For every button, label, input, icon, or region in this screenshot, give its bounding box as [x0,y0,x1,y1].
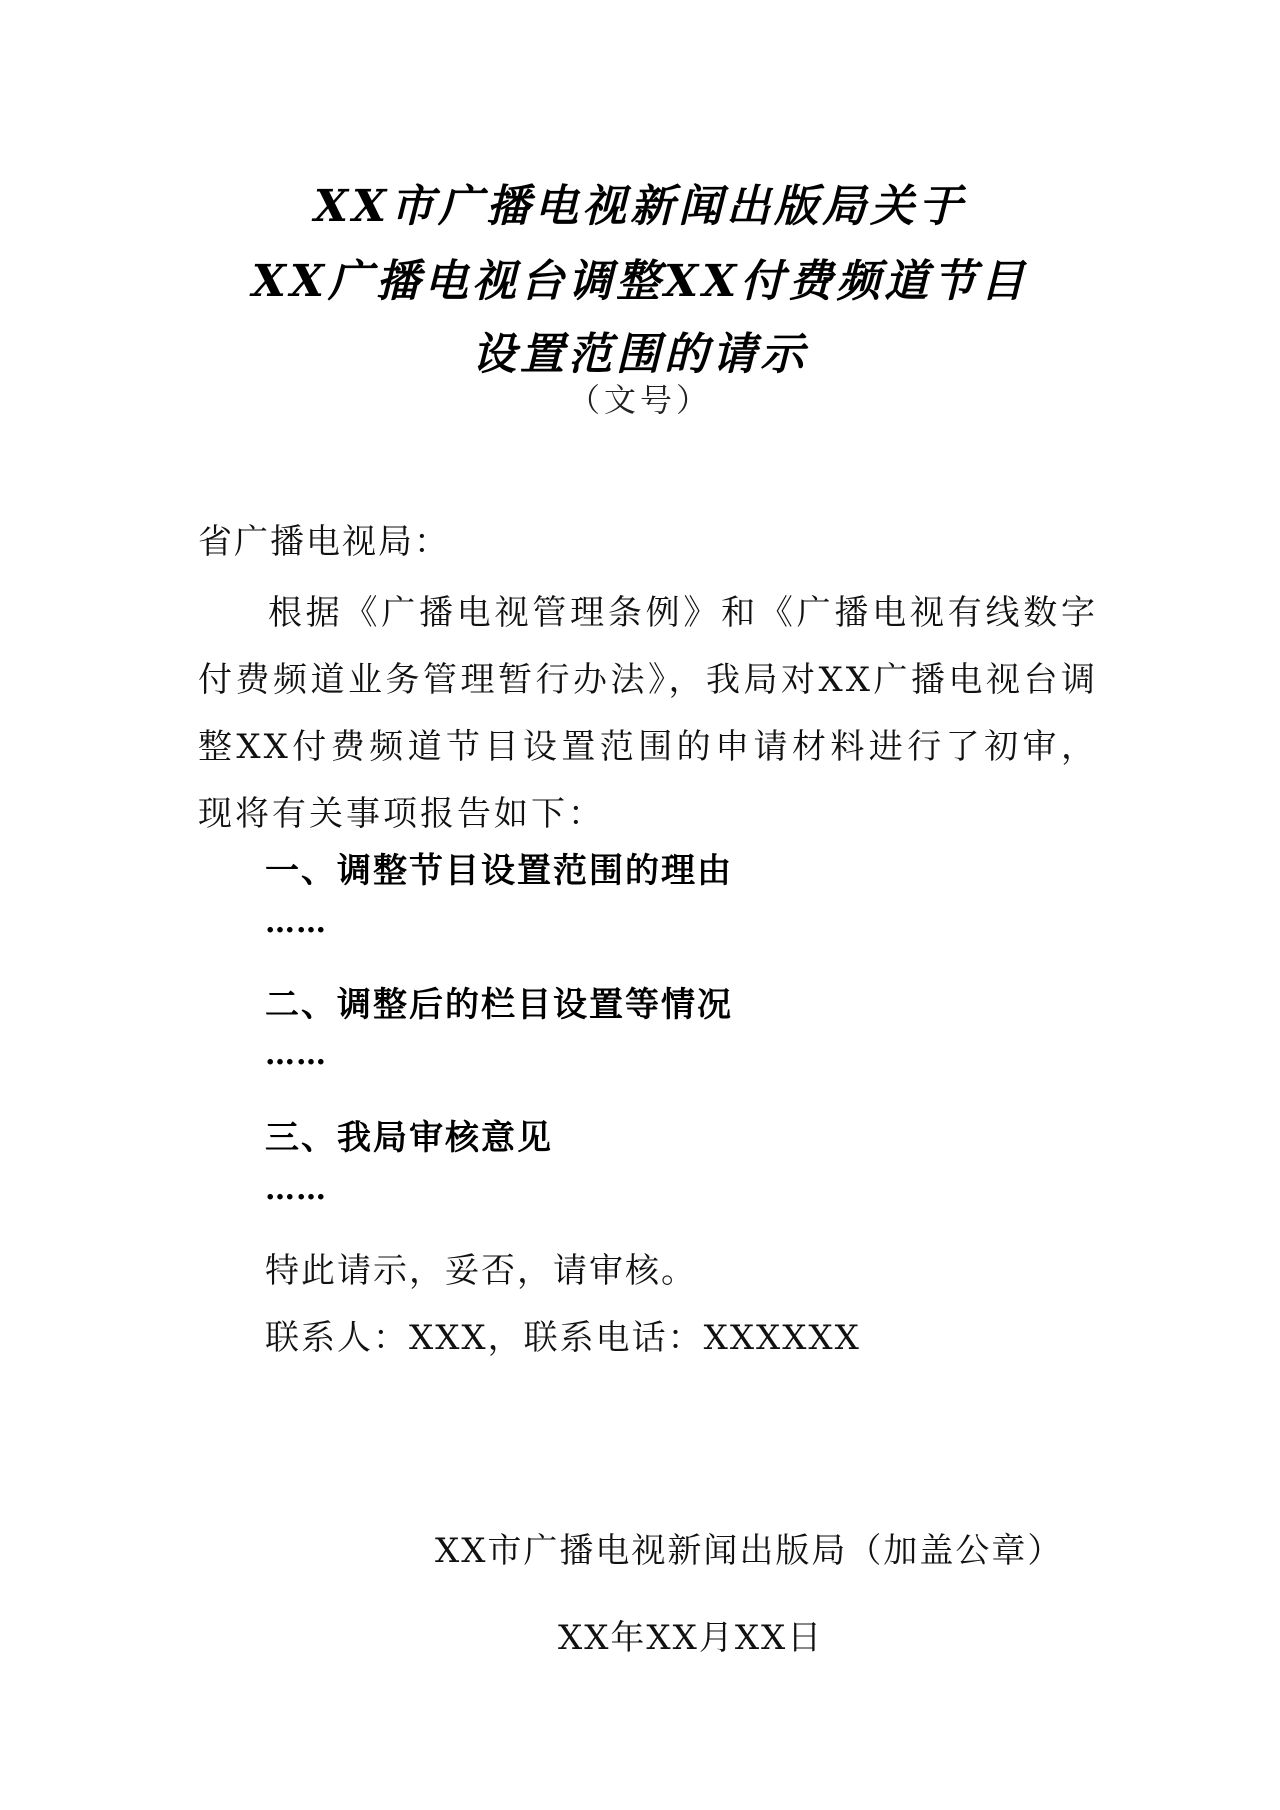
section-heading-3: 三、我局审核意见 [265,1110,553,1159]
addressee: 省广播电视局： [198,514,450,563]
section-content-2: …… [265,1037,327,1072]
intro-paragraph: 根据《广播电视管理条例》和《广播电视有线数字付费频道业务管理暂行办法》，我局对X… [198,580,1098,848]
section-heading-1: 一、调整节目设置范围的理由 [265,843,733,892]
title-line-2: XX广播电视台调整XX付费频道节目 [0,245,1280,309]
contact-line: 联系人：XXX，联系电话：XXXXXX [265,1310,861,1359]
section-content-3: …… [265,1172,327,1207]
closing-line: 特此请示，妥否，请审核。 [265,1243,697,1292]
date: XX年XX月XX日 [558,1610,823,1659]
title-line-3: 设置范围的请示 [0,318,1280,382]
section-heading-2: 二、调整后的栏目设置等情况 [265,977,733,1026]
signature: XX市广播电视新闻出版局（加盖公章） [435,1523,1063,1572]
title-line-1: XX市广播电视新闻出版局关于 [0,170,1280,234]
section-content-1: …… [265,905,327,940]
document-number: （文号） [0,375,1280,421]
